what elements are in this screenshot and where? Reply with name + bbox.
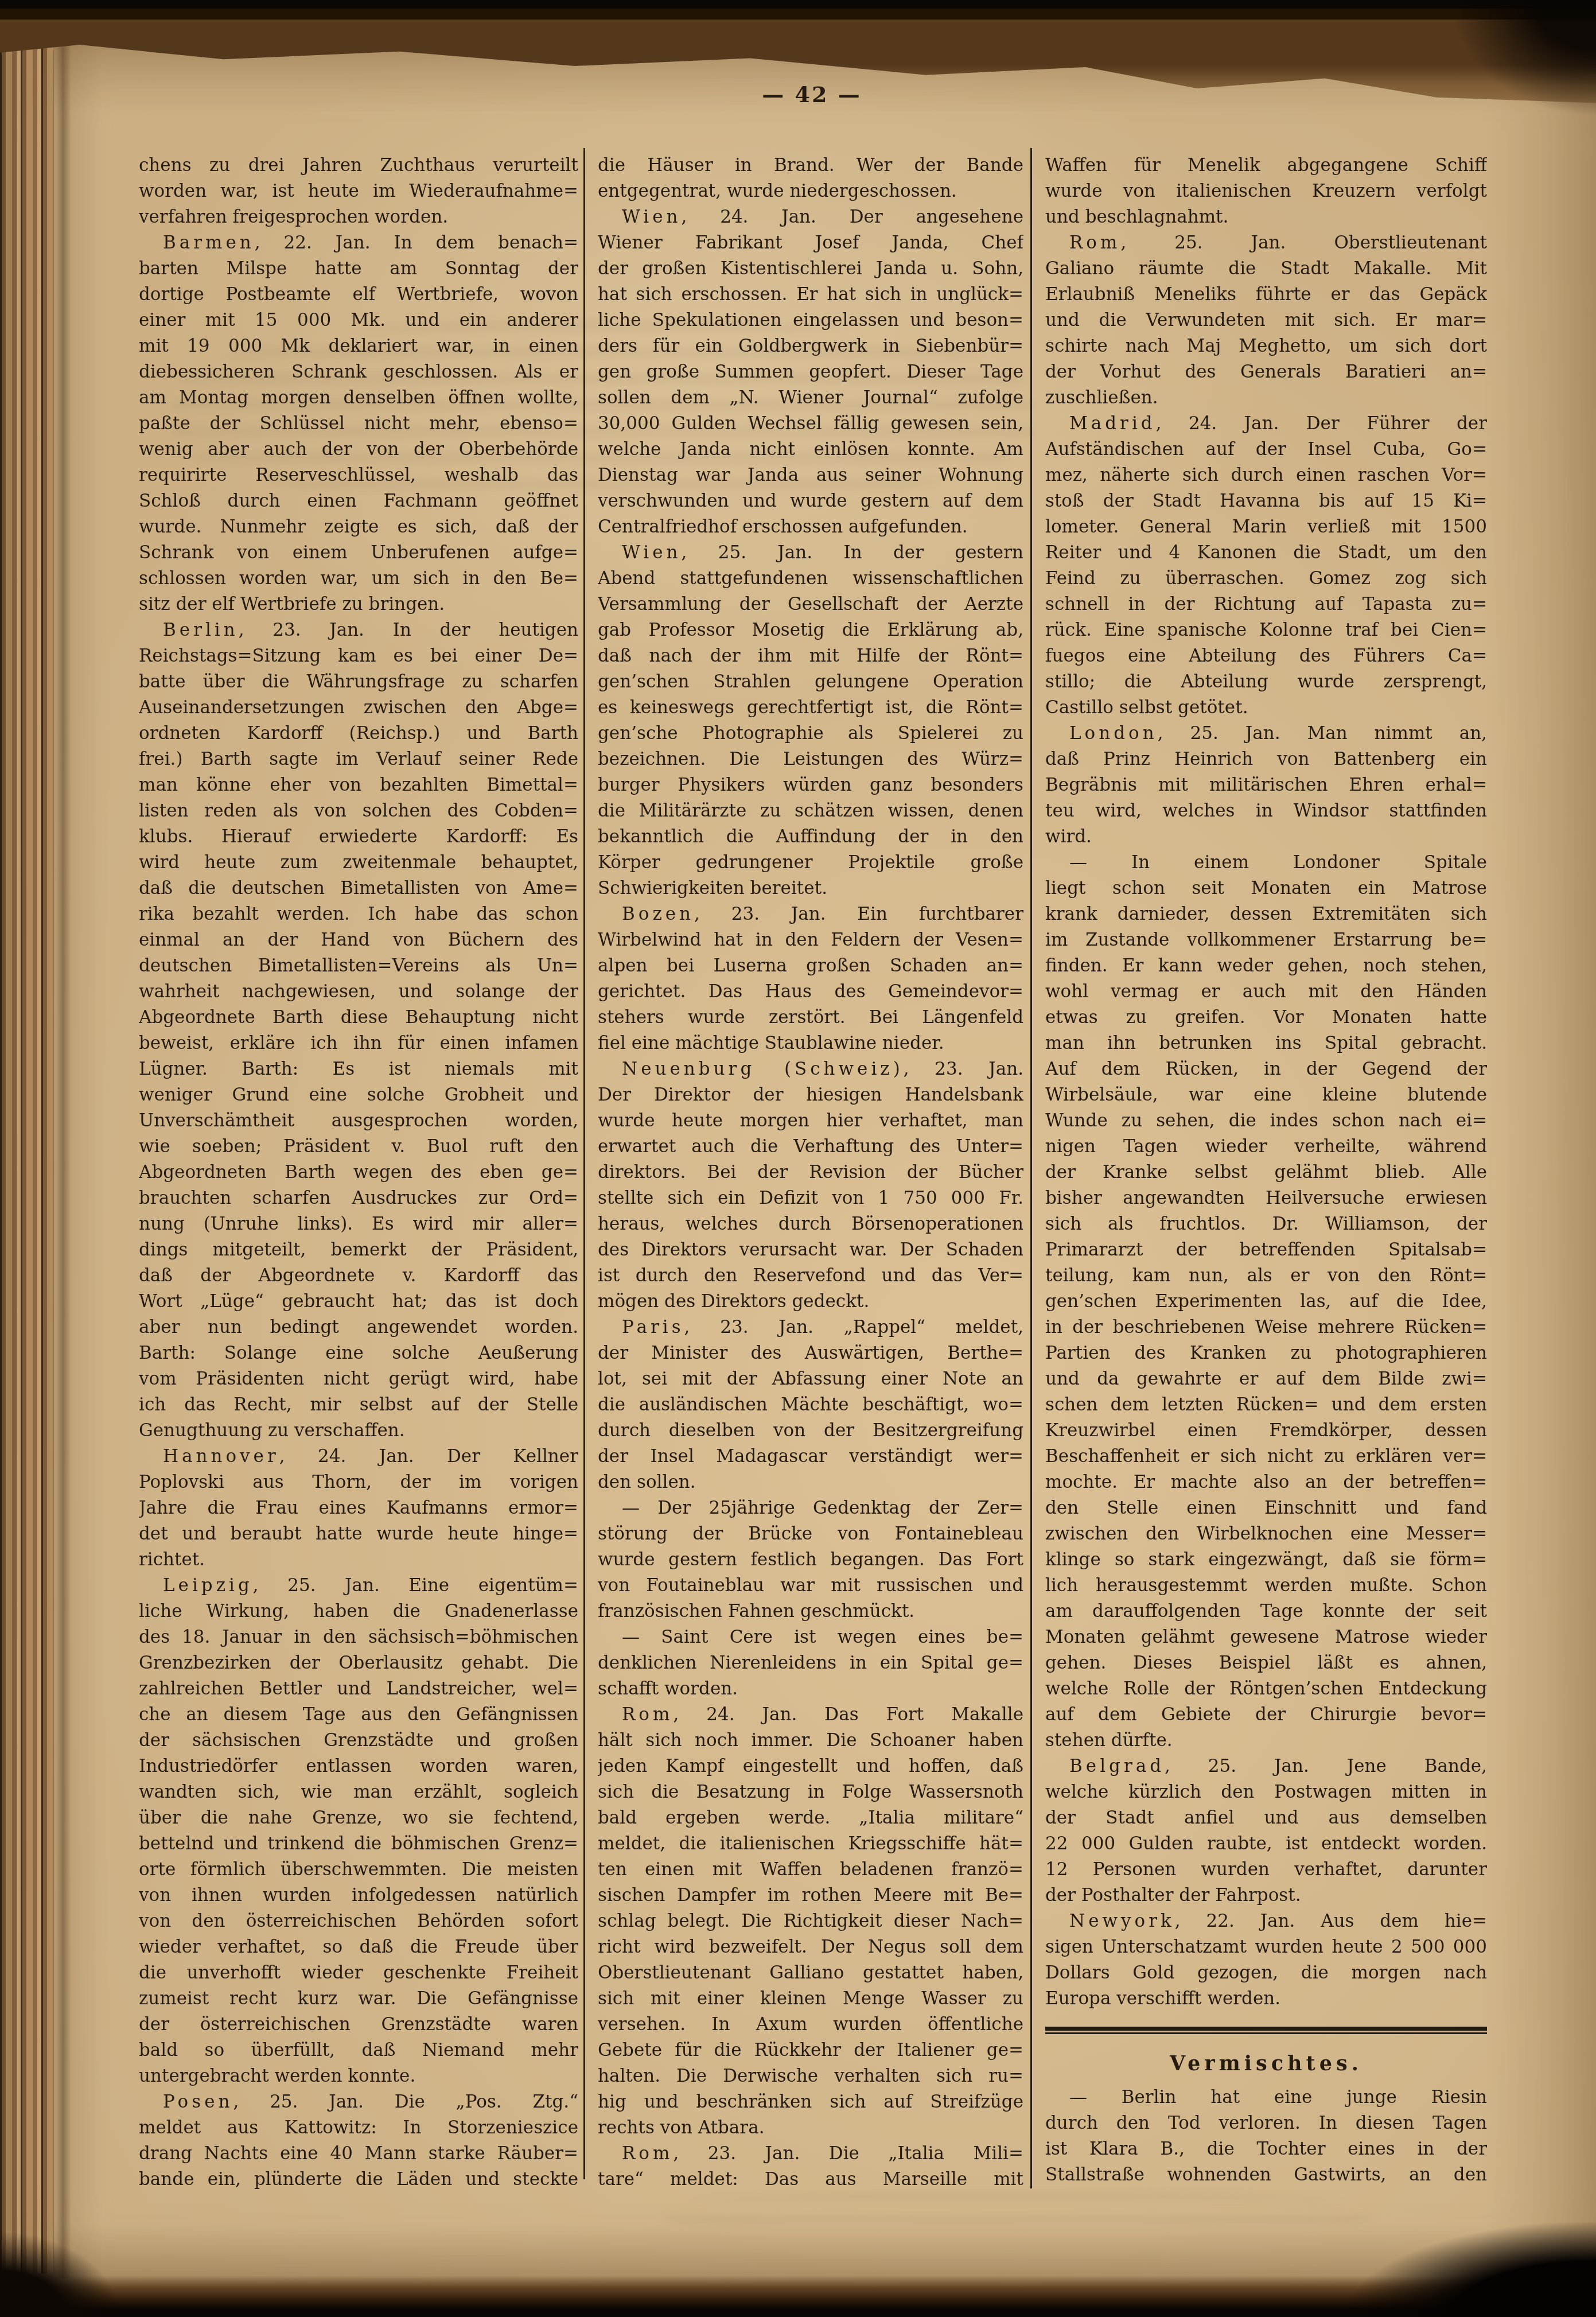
text-line: erwartet auch die Verhaftung des Unter= <box>598 1134 1023 1160</box>
text-line: direktors. Bei der Revision der Bücher <box>598 1160 1023 1185</box>
text-line: und beschlagnahmt. <box>1045 204 1487 230</box>
text-line: mit 19 000 Mk deklariert war, in einen <box>139 333 578 359</box>
text-line: stillo; die Abteilung wurde zersprengt, <box>1045 669 1487 695</box>
text-line: alpen bei Luserna großen Schaden an= <box>598 953 1023 979</box>
text-line: requirirte Reserveschlüssel, weshalb das <box>139 462 578 488</box>
dateline-city: Hannover <box>163 1446 279 1467</box>
text-line: — Berlin hat eine junge Riesin <box>1045 2085 1487 2110</box>
text-line: liegt schon seit Monaten ein Matrose <box>1045 876 1487 901</box>
text-line: Erlaubniß Meneliks führte er das Gepäck <box>1045 282 1487 308</box>
text-line: gehen. Dieses Beispiel läßt es ahnen, <box>1045 1650 1487 1676</box>
text-line: jeden Kampf eingestellt und hoffen, daß <box>598 1754 1023 1779</box>
text-line: beweist, erkläre ich ihn für einen infam… <box>139 1031 578 1056</box>
text-line: stehen dürfte. <box>1045 1728 1487 1754</box>
text-line: chens zu drei Jahren Zuchthaus verurteil… <box>139 153 578 178</box>
text-line: stellte sich ein Defizit von 1 750 000 F… <box>598 1185 1023 1211</box>
text-line: weniger Grund eine solche Grobheit und <box>139 1082 578 1108</box>
text-line: — Saint Cere ist wegen eines be= <box>598 1624 1023 1650</box>
news-column-1: chens zu drei Jahren Zuchthaus verurteil… <box>139 153 578 2192</box>
text-line: Aufständischen auf der Insel Cuba, Go= <box>1045 437 1487 462</box>
text-line: der Kranke selbst gelähmt blieb. Alle <box>1045 1160 1487 1185</box>
dateline-city: Rom <box>622 1704 673 1725</box>
text-line: bisher angewandten Heilversuche erwiesen <box>1045 1185 1487 1211</box>
text-line: den sollen. <box>598 1469 1023 1495</box>
text-line: der großen Kistentischlerei Janda u. Soh… <box>598 256 1023 282</box>
column-divider <box>583 148 585 2179</box>
text-line: 12 Personen wurden verhaftet, darunter <box>1045 1857 1487 1883</box>
text-line: Kreuzwirbel einen Fremdkörper, dessen <box>1045 1418 1487 1444</box>
text-line: der Stadt anfiel und aus demselben <box>1045 1805 1487 1831</box>
text-line: zumeist recht kurz war. Die Gefängnisse <box>139 1986 578 2012</box>
text-line: wird. <box>1045 824 1487 850</box>
text-line: gab Professor Mosetig die Erklärung ab, <box>598 617 1023 643</box>
text-line: gerichtet. Das Haus des Gemeindevor= <box>598 979 1023 1005</box>
text-line: am darauffolgenden Tage konnte der seit <box>1045 1599 1487 1624</box>
text-line: dortige Postbeamte elf Wertbriefe, wovon <box>139 282 578 308</box>
text-line: gen’schen Experimenten las, auf die Idee… <box>1045 1289 1487 1315</box>
cover-corner-bottom-right <box>1349 2222 1596 2317</box>
text-line: Abend stattgefundenen wissenschaftlichen <box>598 566 1023 592</box>
text-line: welche kürzlich den Postwagen mitten in <box>1045 1779 1487 1805</box>
text-line: Wien, 24. Jan. Der angesehene <box>598 204 1023 230</box>
dateline-city: Madrid <box>1069 413 1156 434</box>
text-line: sollen dem „N. Wiener Journal“ zufolge <box>598 385 1023 411</box>
text-line: Lügner. Barth: Es ist niemals mit <box>139 1056 578 1082</box>
text-line: gen’schen Strahlen gelungene Operation <box>598 669 1023 695</box>
text-line: durch dieselben von der Besitzergreifung <box>598 1418 1023 1444</box>
text-line: des 18. Januar in den sächsisch=böhmisch… <box>139 1624 578 1650</box>
text-line: rück. Eine spanische Kolonne traf bei Ci… <box>1045 617 1487 643</box>
text-line: entgegentrat, wurde niedergeschossen. <box>598 178 1023 204</box>
text-line: Der Direktor der hiesigen Handelsbank <box>598 1082 1023 1108</box>
text-line: Gebete für die Rückkehr der Italiener ge… <box>598 2038 1023 2063</box>
text-line: die unverhofft wieder geschenkte Freihei… <box>139 1960 578 1986</box>
text-line: nigen Tagen wieder verheilte, während <box>1045 1134 1487 1160</box>
text-line: krank darnieder, dessen Extremitäten sic… <box>1045 901 1487 927</box>
text-line: aber nun bedingt angewendet worden. <box>139 1315 578 1340</box>
text-line: die Militärärzte zu schätzen wissen, den… <box>598 798 1023 824</box>
text-line: etwas zu greifen. Vor Monaten hatte <box>1045 1005 1487 1031</box>
text-line: dings mitgeteilt, bemerkt der Präsident, <box>139 1237 578 1263</box>
text-line: wurde heute morgen hier verhaftet, man <box>598 1108 1023 1134</box>
text-line: daß nach der ihm mit Hilfe der Rönt= <box>598 643 1023 669</box>
text-line: Industriedörfer entlassen worden waren, <box>139 1754 578 1779</box>
text-line: frei.) Barth sagte im Verlauf seiner Red… <box>139 747 578 772</box>
text-line: daß Prinz Heinrich von Battenberg ein <box>1045 747 1487 772</box>
text-line: in der beschriebenen Weise mehrere Rücke… <box>1045 1315 1487 1340</box>
text-line: Grenzbezirken der Oberlausitz gehabt. Di… <box>139 1650 578 1676</box>
text-line: Wirbelsäule, war eine kleine blutende <box>1045 1082 1487 1108</box>
text-line: Galiano räumte die Stadt Makalle. Mit <box>1045 256 1487 282</box>
dateline-city: Rom <box>1069 232 1120 253</box>
text-line: Europa verschifft werden. <box>1045 1986 1487 2012</box>
dateline-city: Barmen <box>163 232 255 253</box>
text-line: fuegos eine Abteilung des Führers Ca= <box>1045 643 1487 669</box>
text-line: Stallstraße wohnenden Gastwirts, an den <box>1045 2162 1487 2188</box>
text-line: daß der Abgeordnete v. Kardorff das <box>139 1263 578 1289</box>
text-line: sischen Dampfer im rothen Meere mit Be= <box>598 1883 1023 1908</box>
text-line: durch den Tod verloren. In diesen Tagen <box>1045 2110 1487 2136</box>
text-line: schen dem letzten Rücken= und dem ersten <box>1045 1392 1487 1418</box>
dateline-city: Rom <box>622 2143 673 2164</box>
text-line: sigen Unterschatzamt wurden heute 2 500 … <box>1045 1934 1487 1960</box>
text-line: Jahre die Frau eines Kaufmanns ermor= <box>139 1495 578 1521</box>
text-line: Reiter und 4 Kanonen die Stadt, um den <box>1045 540 1487 566</box>
text-line: Auf dem Rücken, in der Gegend der <box>1045 1056 1487 1082</box>
text-line: bald so überfüllt, daß Niemand mehr <box>139 2038 578 2063</box>
text-line: wird heute zum zweitenmale behauptet, <box>139 850 578 876</box>
dateline-city: Berlin <box>163 620 239 640</box>
text-line: schafft worden. <box>598 1676 1023 1702</box>
text-line: über die nahe Grenze, wo sie fechtend, <box>139 1805 578 1831</box>
dateline-city: Paris <box>622 1317 684 1338</box>
text-line: Waffen für Menelik abgegangene Schiff <box>1045 153 1487 178</box>
text-line: Poplovski aus Thorn, der im vorigen <box>139 1469 578 1495</box>
text-line: von ihnen wurden infolgedessen natürlich <box>139 1883 578 1908</box>
text-line: gen große Summen geopfert. Dieser Tage <box>598 359 1023 385</box>
text-line: wandten sich, wie man erzählt, sogleich <box>139 1779 578 1805</box>
text-line: wurde von italienischen Kreuzern verfolg… <box>1045 178 1487 204</box>
page-number: — 42 — <box>138 81 1486 107</box>
text-line: Paris, 23. Jan. „Rappel“ meldet, <box>598 1315 1023 1340</box>
text-line: burger Physikers würden ganz besonders <box>598 772 1023 798</box>
text-line: die Häuser in Brand. Wer der Bande <box>598 153 1023 178</box>
text-line: einer mit 15 000 Mk. und ein anderer <box>139 308 578 333</box>
text-line: auf dem Gebiete der Chirurgie bevor= <box>1045 1702 1487 1728</box>
text-line: wie soeben; Präsident v. Buol ruft den <box>139 1134 578 1160</box>
text-line: det und beraubt hatte wurde heute hinge= <box>139 1521 578 1547</box>
text-line: lometer. General Marin verließ mit 1500 <box>1045 514 1487 540</box>
text-line: 22 000 Gulden raubte, ist entdeckt worde… <box>1045 1831 1487 1857</box>
text-line: Schrank von einem Unberufenen aufge= <box>139 540 578 566</box>
text-line: Abgeordneten Barth wegen des eben ge= <box>139 1160 578 1185</box>
text-line: sich als fruchtlos. Dr. Williamson, der <box>1045 1211 1487 1237</box>
text-line: den Stelle einen Einschnitt und fand <box>1045 1495 1487 1521</box>
text-line: Dienstag war Janda aus seiner Wohnung <box>598 462 1023 488</box>
text-line: zwischen den Wirbelknochen eine Messer= <box>1045 1521 1487 1547</box>
text-line: Rom, 23. Jan. Die „Italia Mili= <box>598 2141 1023 2167</box>
dateline-city: London <box>1069 723 1158 744</box>
text-line: der österreichischen Grenzstädte waren <box>139 2012 578 2038</box>
news-column-3: Waffen für Menelik abgegangene Schiffwur… <box>1045 153 1487 2188</box>
text-line: Abgeordnete Barth diese Behauptung nicht <box>139 1005 578 1031</box>
text-line: Genugthuung zu verschaffen. <box>139 1418 578 1444</box>
section-header: Vermischtes. <box>1045 2049 1487 2079</box>
text-line: paßte der Schlüssel nicht mehr, ebenso= <box>139 411 578 437</box>
text-line: bettelnd und trinkend die böhmischen Gre… <box>139 1831 578 1857</box>
text-line: schlossen worden war, um sich in den Be= <box>139 566 578 592</box>
text-line: mögen des Direktors gedeckt. <box>598 1289 1023 1315</box>
text-line: ten einen mit Waffen beladenen franzö= <box>598 1857 1023 1883</box>
printed-content: — 42 — chens zu drei Jahren Zuchthaus ve… <box>0 0 1596 2317</box>
dateline-city: Bozen <box>622 904 694 924</box>
text-line: sich die Besatzung in Folge Wassersnoth <box>598 1779 1023 1805</box>
text-line: schlag belegt. Die Richtigkeit dieser Na… <box>598 1908 1023 1934</box>
text-line: — In einem Londoner Spitale <box>1045 850 1487 876</box>
text-line: wenig aber auch der von der Oberbehörde <box>139 437 578 462</box>
text-line: schirte nach Maj Meghetto, um sich dort <box>1045 333 1487 359</box>
text-line: von den österreichischen Behörden sofort <box>139 1908 578 1934</box>
text-line: rika bezahlt werden. Ich habe das schon <box>139 901 578 927</box>
text-line: orte förmlich überschwemmten. Die meiste… <box>139 1857 578 1883</box>
text-line: verfahren freigesprochen worden. <box>139 204 578 230</box>
text-line: lich herausgestemmt werden mußte. Schon <box>1045 1573 1487 1599</box>
text-line: welche Rolle der Röntgen’schen Entdeckun… <box>1045 1676 1487 1702</box>
text-line: hat sich erschossen. Er hat sich in ungl… <box>598 282 1023 308</box>
text-line: Madrid, 24. Jan. Der Führer der <box>1045 411 1487 437</box>
text-line: Posen, 25. Jan. Die „Pos. Ztg.“ <box>139 2089 578 2115</box>
text-line: Centralfriedhof erschossen aufgefunden. <box>598 514 1023 540</box>
text-line: wieder verhaftet, so daß die Freude über <box>139 1934 578 1960</box>
text-line: versehen. In Axum wurden öffentliche <box>598 2012 1023 2038</box>
text-line: daß die deutschen Bimetallisten von Ame= <box>139 876 578 901</box>
text-line: und da gewahrte er auf dem Bilde zwi= <box>1045 1366 1487 1392</box>
text-line: Dollars Gold gezogen, die morgen nach <box>1045 1960 1487 1986</box>
text-line: einmal an der Hand von Büchern des <box>139 927 578 953</box>
text-line: Monaten gelähmt gewesene Matrose wieder <box>1045 1624 1487 1650</box>
dateline-city: Wien <box>622 207 682 227</box>
text-line: zuschließen. <box>1045 385 1487 411</box>
text-line: finden. Er kann weder gehen, noch stehen… <box>1045 953 1487 979</box>
text-line: mochte. Er machte also an der betreffen= <box>1045 1469 1487 1495</box>
text-line: bald ergeben werde. „Italia militare“ <box>598 1805 1023 1831</box>
text-line: schnell in der Richtung auf Tapasta zu= <box>1045 592 1487 617</box>
text-line: Versammlung der Gesellschaft der Aerzte <box>598 592 1023 617</box>
text-line: Oberstlieutenant Galliano gestattet habe… <box>598 1960 1023 1986</box>
text-line: welche Janda nicht einlösen konnte. Am <box>598 437 1023 462</box>
text-line: ist Klara B., die Tochter eines in der <box>1045 2136 1487 2162</box>
dateline-city: Posen <box>163 2091 233 2112</box>
text-line: Wirbelwind hat in den Feldern der Vesen= <box>598 927 1023 953</box>
text-line: Feind zu überraschen. Gomez zog sich <box>1045 566 1487 592</box>
text-line: listen reden als von solchen des Cobden= <box>139 798 578 824</box>
dateline-city: Leipzig <box>163 1575 253 1596</box>
text-line: Begräbnis mit militärischen Ehren erhal= <box>1045 772 1487 798</box>
text-line: wurde gestern festlich begangen. Das For… <box>598 1547 1023 1573</box>
text-line: klubs. Hierauf erwiederte Kardorff: Es <box>139 824 578 850</box>
dateline-city: Newyork <box>1069 1911 1175 1931</box>
text-line: man ihn betrunken ins Spital gebracht. <box>1045 1031 1487 1056</box>
text-line: brauchten scharfen Ausdruckes zur Ord= <box>139 1185 578 1211</box>
text-line: im Zustande vollkommener Erstarrung be= <box>1045 927 1487 953</box>
text-line: Wien, 25. Jan. In der gestern <box>598 540 1023 566</box>
text-line: Auseinandersetzungen zwischen den Abge= <box>139 695 578 721</box>
text-line: lot, sei mit der Abfassung einer Note an <box>598 1366 1023 1392</box>
text-line: Rom, 25. Jan. Oberstlieutenant <box>1045 230 1487 256</box>
text-line: wahrheit nachgewiesen, und solange der <box>139 979 578 1005</box>
text-line: Belgrad, 25. Jan. Jene Bande, <box>1045 1754 1487 1779</box>
text-line: diebessicheren Schrank geschlossen. Als … <box>139 359 578 385</box>
text-line: che an diesem Tage aus den Gefängnissen <box>139 1702 578 1728</box>
text-line: am Montag morgen denselben öffnen wollte… <box>139 385 578 411</box>
text-line: barten Milspe hatte am Sonntag der <box>139 256 578 282</box>
text-line: Barth: Solange eine solche Aeußerung <box>139 1340 578 1366</box>
text-line: — Der 25jährige Gedenktag der Zer= <box>598 1495 1023 1521</box>
text-line: London, 25. Jan. Man nimmt an, <box>1045 721 1487 747</box>
text-line: Unverschämtheit ausgesprochen worden, <box>139 1108 578 1134</box>
text-line: französischen Fahnen geschmückt. <box>598 1599 1023 1624</box>
text-line: klinge so stark eingezwängt, daß sie för… <box>1045 1547 1487 1573</box>
text-line: ich das Recht, mir selbst auf der Stelle <box>139 1392 578 1418</box>
section-divider-rule <box>1045 2027 1487 2035</box>
text-line: vom Präsidenten nicht gerügt wird, habe <box>139 1366 578 1392</box>
text-line: des Direktors verursacht war. Der Schade… <box>598 1237 1023 1263</box>
text-line: ordneten Kardorff (Reichsp.) und Barth <box>139 721 578 747</box>
text-line: drang Nachts eine 40 Mann starke Räuber= <box>139 2141 578 2167</box>
text-line: tare“ meldet: Das aus Marseille mit <box>598 2167 1023 2192</box>
cover-corner-bottom-left <box>0 2231 120 2317</box>
text-line: der Insel Madagascar verständigt wer= <box>598 1444 1023 1469</box>
text-line: 30,000 Gulden Wechsel fällig gewesen sei… <box>598 411 1023 437</box>
text-line: sich mit einer kleinen Menge Wasser zu <box>598 1986 1023 2012</box>
text-line: bezeichnen. Die Leistungen des Würz= <box>598 747 1023 772</box>
text-line: sitz der elf Wertbriefe zu bringen. <box>139 592 578 617</box>
text-line: richtet. <box>139 1547 578 1573</box>
dateline-city: Neuenburg (Schweiz) <box>622 1059 904 1079</box>
text-line: der Posthalter der Fahrpost. <box>1045 1883 1487 1908</box>
text-line: der Minister des Auswärtigen, Berthe= <box>598 1340 1023 1366</box>
text-line: zahlreichen Bettler und Landstreicher, w… <box>139 1676 578 1702</box>
text-line: hält sich noch immer. Die Schoaner haben <box>598 1728 1023 1754</box>
text-line: deutschen Bimetallisten=Vereins als Un= <box>139 953 578 979</box>
text-line: halten. Die Derwische verhalten sich ru= <box>598 2063 1023 2089</box>
book-page-scan: — 42 — chens zu drei Jahren Zuchthaus ve… <box>0 0 1596 2317</box>
text-line: ders für ein Goldbergwerk in Siebenbür= <box>598 333 1023 359</box>
text-line: verschwunden und wurde gestern auf dem <box>598 488 1023 514</box>
text-line: untergebracht werden konnte. <box>139 2063 578 2089</box>
text-line: störung der Brücke von Fontainebleau <box>598 1521 1023 1547</box>
text-line: richt wird bezweifelt. Der Negus soll de… <box>598 1934 1023 1960</box>
text-line: bekanntlich die Auffindung der in den <box>598 824 1023 850</box>
text-line: meldet aus Kattowitz: In Storzenieszice <box>139 2115 578 2141</box>
text-line: Primararzt der betreffenden Spitalsab= <box>1045 1237 1487 1263</box>
text-line: Wort „Lüge“ gebraucht hat; das ist doch <box>139 1289 578 1315</box>
text-line: von Foutaineblau war mit russischen und <box>598 1573 1023 1599</box>
text-line: teu wird, welches in Windsor stattfinden <box>1045 798 1487 824</box>
text-line: mez, näherte sich durch einen raschen Vo… <box>1045 462 1487 488</box>
cover-corner-top-right <box>1441 0 1596 123</box>
text-line: rechts von Atbara. <box>598 2115 1023 2141</box>
column-divider <box>1030 148 1032 2188</box>
text-line: Wiener Fabrikant Josef Janda, Chef <box>598 230 1023 256</box>
text-line: Rom, 24. Jan. Das Fort Makalle <box>598 1702 1023 1728</box>
text-line: Barmen, 22. Jan. In dem benach= <box>139 230 578 256</box>
text-line: man könne eher von bezahlten Bimettal= <box>139 772 578 798</box>
text-line: und die Verwundeten mit sich. Er mar= <box>1045 308 1487 333</box>
text-line: nung (Unruhe links). Es wird mir aller= <box>139 1211 578 1237</box>
text-line: Beschaffenheit er sich nicht zu erklären… <box>1045 1444 1487 1469</box>
text-line: Neuenburg (Schweiz), 23. Jan. <box>598 1056 1023 1082</box>
text-line: wohl vermag er auch mit den Händen <box>1045 979 1487 1005</box>
text-line: hig und beschränken sich auf Streifzüge <box>598 2089 1023 2115</box>
text-line: Schloß durch einen Fachmann geöffnet <box>139 488 578 514</box>
text-line: die ausländischen Mächte beschäftigt, wo… <box>598 1392 1023 1418</box>
text-line: ist durch den Reservefond und das Ver= <box>598 1263 1023 1289</box>
text-line: meldet, die italienischen Kriegsschiffe … <box>598 1831 1023 1857</box>
text-line: Castillo selbst getötet. <box>1045 695 1487 721</box>
text-line: gen’sche Photographie als Spielerei zu <box>598 721 1023 747</box>
text-line: wurde. Nunmehr zeigte es sich, daß der <box>139 514 578 540</box>
text-line: stoß der Stadt Havanna bis auf 15 Ki= <box>1045 488 1487 514</box>
text-line: heraus, welches durch Börsenoperationen <box>598 1211 1023 1237</box>
text-line: Schwierigkeiten bereitet. <box>598 876 1023 901</box>
text-line: Leipzig, 25. Jan. Eine eigentüm= <box>139 1573 578 1599</box>
text-line: Hannover, 24. Jan. Der Kellner <box>139 1444 578 1469</box>
text-line: teilung, kam nun, als er von den Rönt= <box>1045 1263 1487 1289</box>
news-column-2: die Häuser in Brand. Wer der Bandeentgeg… <box>598 153 1023 2192</box>
text-line: stehers wurde zerstört. Bei Längenfeld <box>598 1005 1023 1031</box>
text-line: fiel eine mächtige Staublawine nieder. <box>598 1031 1023 1056</box>
text-line: Berlin, 23. Jan. In der heutigen <box>139 617 578 643</box>
text-line: bande ein, plünderte die Läden und steck… <box>139 2167 578 2192</box>
text-line: Bozen, 23. Jan. Ein furchtbarer <box>598 901 1023 927</box>
text-line: denklichen Nierenleidens in ein Spital g… <box>598 1650 1023 1676</box>
dateline-city: Belgrad <box>1069 1756 1165 1776</box>
text-line: es keineswegs gerechtfertigt ist, die Rö… <box>598 695 1023 721</box>
text-line: Newyork, 22. Jan. Aus dem hie= <box>1045 1908 1487 1934</box>
text-line: worden war, ist heute im Wiederaufnahme= <box>139 178 578 204</box>
text-line: batte über die Währungsfrage zu scharfen <box>139 669 578 695</box>
text-line: liche Wirkung, haben die Gnadenerlasse <box>139 1599 578 1624</box>
dateline-city: Wien <box>622 542 682 563</box>
text-line: der Vorhut des Generals Baratieri an= <box>1045 359 1487 385</box>
text-line: Körper gedrungener Projektile große <box>598 850 1023 876</box>
text-line: der sächsischen Grenzstädte und großen <box>139 1728 578 1754</box>
text-line: Partien des Kranken zu photographieren <box>1045 1340 1487 1366</box>
text-line: liche Spekulationen eingelassen und beso… <box>598 308 1023 333</box>
text-line: Wunde zu sehen, die indes schon nach ei= <box>1045 1108 1487 1134</box>
text-line: Reichstags=Sitzung kam es bei einer De= <box>139 643 578 669</box>
